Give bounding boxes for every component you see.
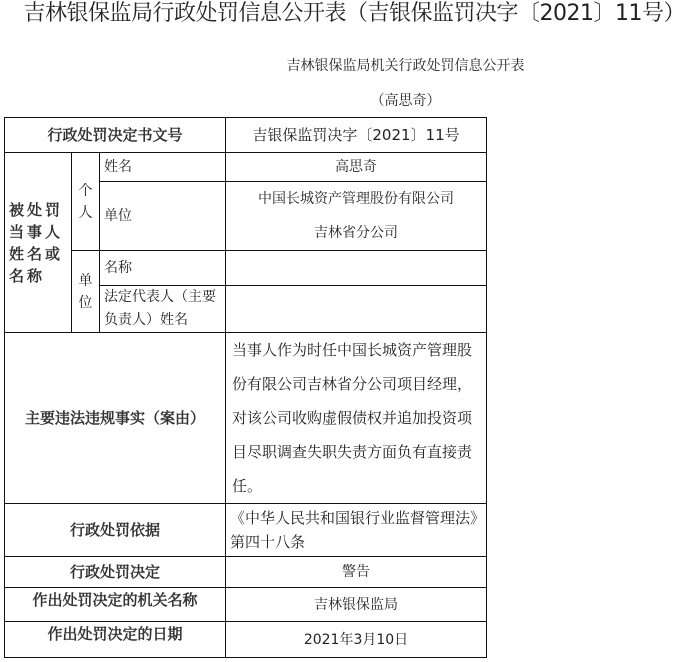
row-basis: 行政处罚依据 《中华人民共和国银行业监督管理法》第四十八条 (5, 504, 487, 557)
party-name-heading: （高思奇） (0, 91, 691, 111)
decision-number-label: 行政处罚决定书文号 (5, 118, 226, 153)
entity-rep-label: 法定代表人（主要负责人）姓名 (100, 286, 226, 333)
basis-value: 《中华人民共和国银行业监督管理法》第四十八条 (226, 504, 487, 557)
row-authority: 作出处罚决定的机关名称 吉林银保监局 (5, 588, 487, 622)
entity-rep-value (226, 286, 487, 333)
decision-value: 警告 (226, 557, 487, 588)
individual-unit-line1: 中国长城资产管理股份有限公司 (230, 182, 482, 216)
decision-number-value: 吉银保监罚决字〔2021〕11号 (226, 118, 487, 153)
row-individual-name: 被处罚当事人姓名或名称 个人 姓名 高思奇 (5, 153, 487, 182)
individual-unit-value: 中国长城资产管理股份有限公司 吉林省分公司 (226, 182, 487, 251)
basis-label: 行政处罚依据 (5, 504, 226, 557)
decision-label: 行政处罚决定 (5, 557, 226, 588)
page-title: 吉林银保监局行政处罚信息公开表（吉银保监罚决字〔2021〕11号） (0, 0, 691, 30)
individual-name-value: 高思奇 (226, 153, 487, 182)
row-decision-number: 行政处罚决定书文号 吉银保监罚决字〔2021〕11号 (5, 118, 487, 153)
date-label: 作出处罚决定的日期 (5, 622, 226, 658)
date-value: 2021年3月10日 (226, 622, 487, 658)
row-date: 作出处罚决定的日期 2021年3月10日 (5, 622, 487, 658)
entity-name-label: 名称 (100, 251, 226, 286)
facts-label: 主要违法违规事实（案由） (5, 333, 226, 504)
row-facts: 主要违法违规事实（案由） 当事人作为时任中国长城资产管理股份有限公司吉林省分公司… (5, 333, 487, 504)
facts-value: 当事人作为时任中国长城资产管理股份有限公司吉林省分公司项目经理，对该公司收购虚假… (226, 333, 487, 504)
row-decision: 行政处罚决定 警告 (5, 557, 487, 588)
table-subtitle: 吉林银保监局机关行政处罚信息公开表 (0, 56, 691, 76)
individual-unit-label: 单位 (100, 182, 226, 251)
entity-name-value (226, 251, 487, 286)
individual-group-label: 个人 (72, 153, 100, 251)
authority-label: 作出处罚决定的机关名称 (5, 588, 226, 622)
entity-group-label: 单位 (72, 251, 100, 333)
individual-name-label: 姓名 (100, 153, 226, 182)
party-label: 被处罚当事人姓名或名称 (5, 153, 72, 333)
individual-unit-line2: 吉林省分公司 (230, 216, 482, 250)
penalty-info-table: 行政处罚决定书文号 吉银保监罚决字〔2021〕11号 被处罚当事人姓名或名称 个… (4, 117, 487, 658)
row-entity-name: 单位 名称 (5, 251, 487, 286)
authority-value: 吉林银保监局 (226, 588, 487, 622)
